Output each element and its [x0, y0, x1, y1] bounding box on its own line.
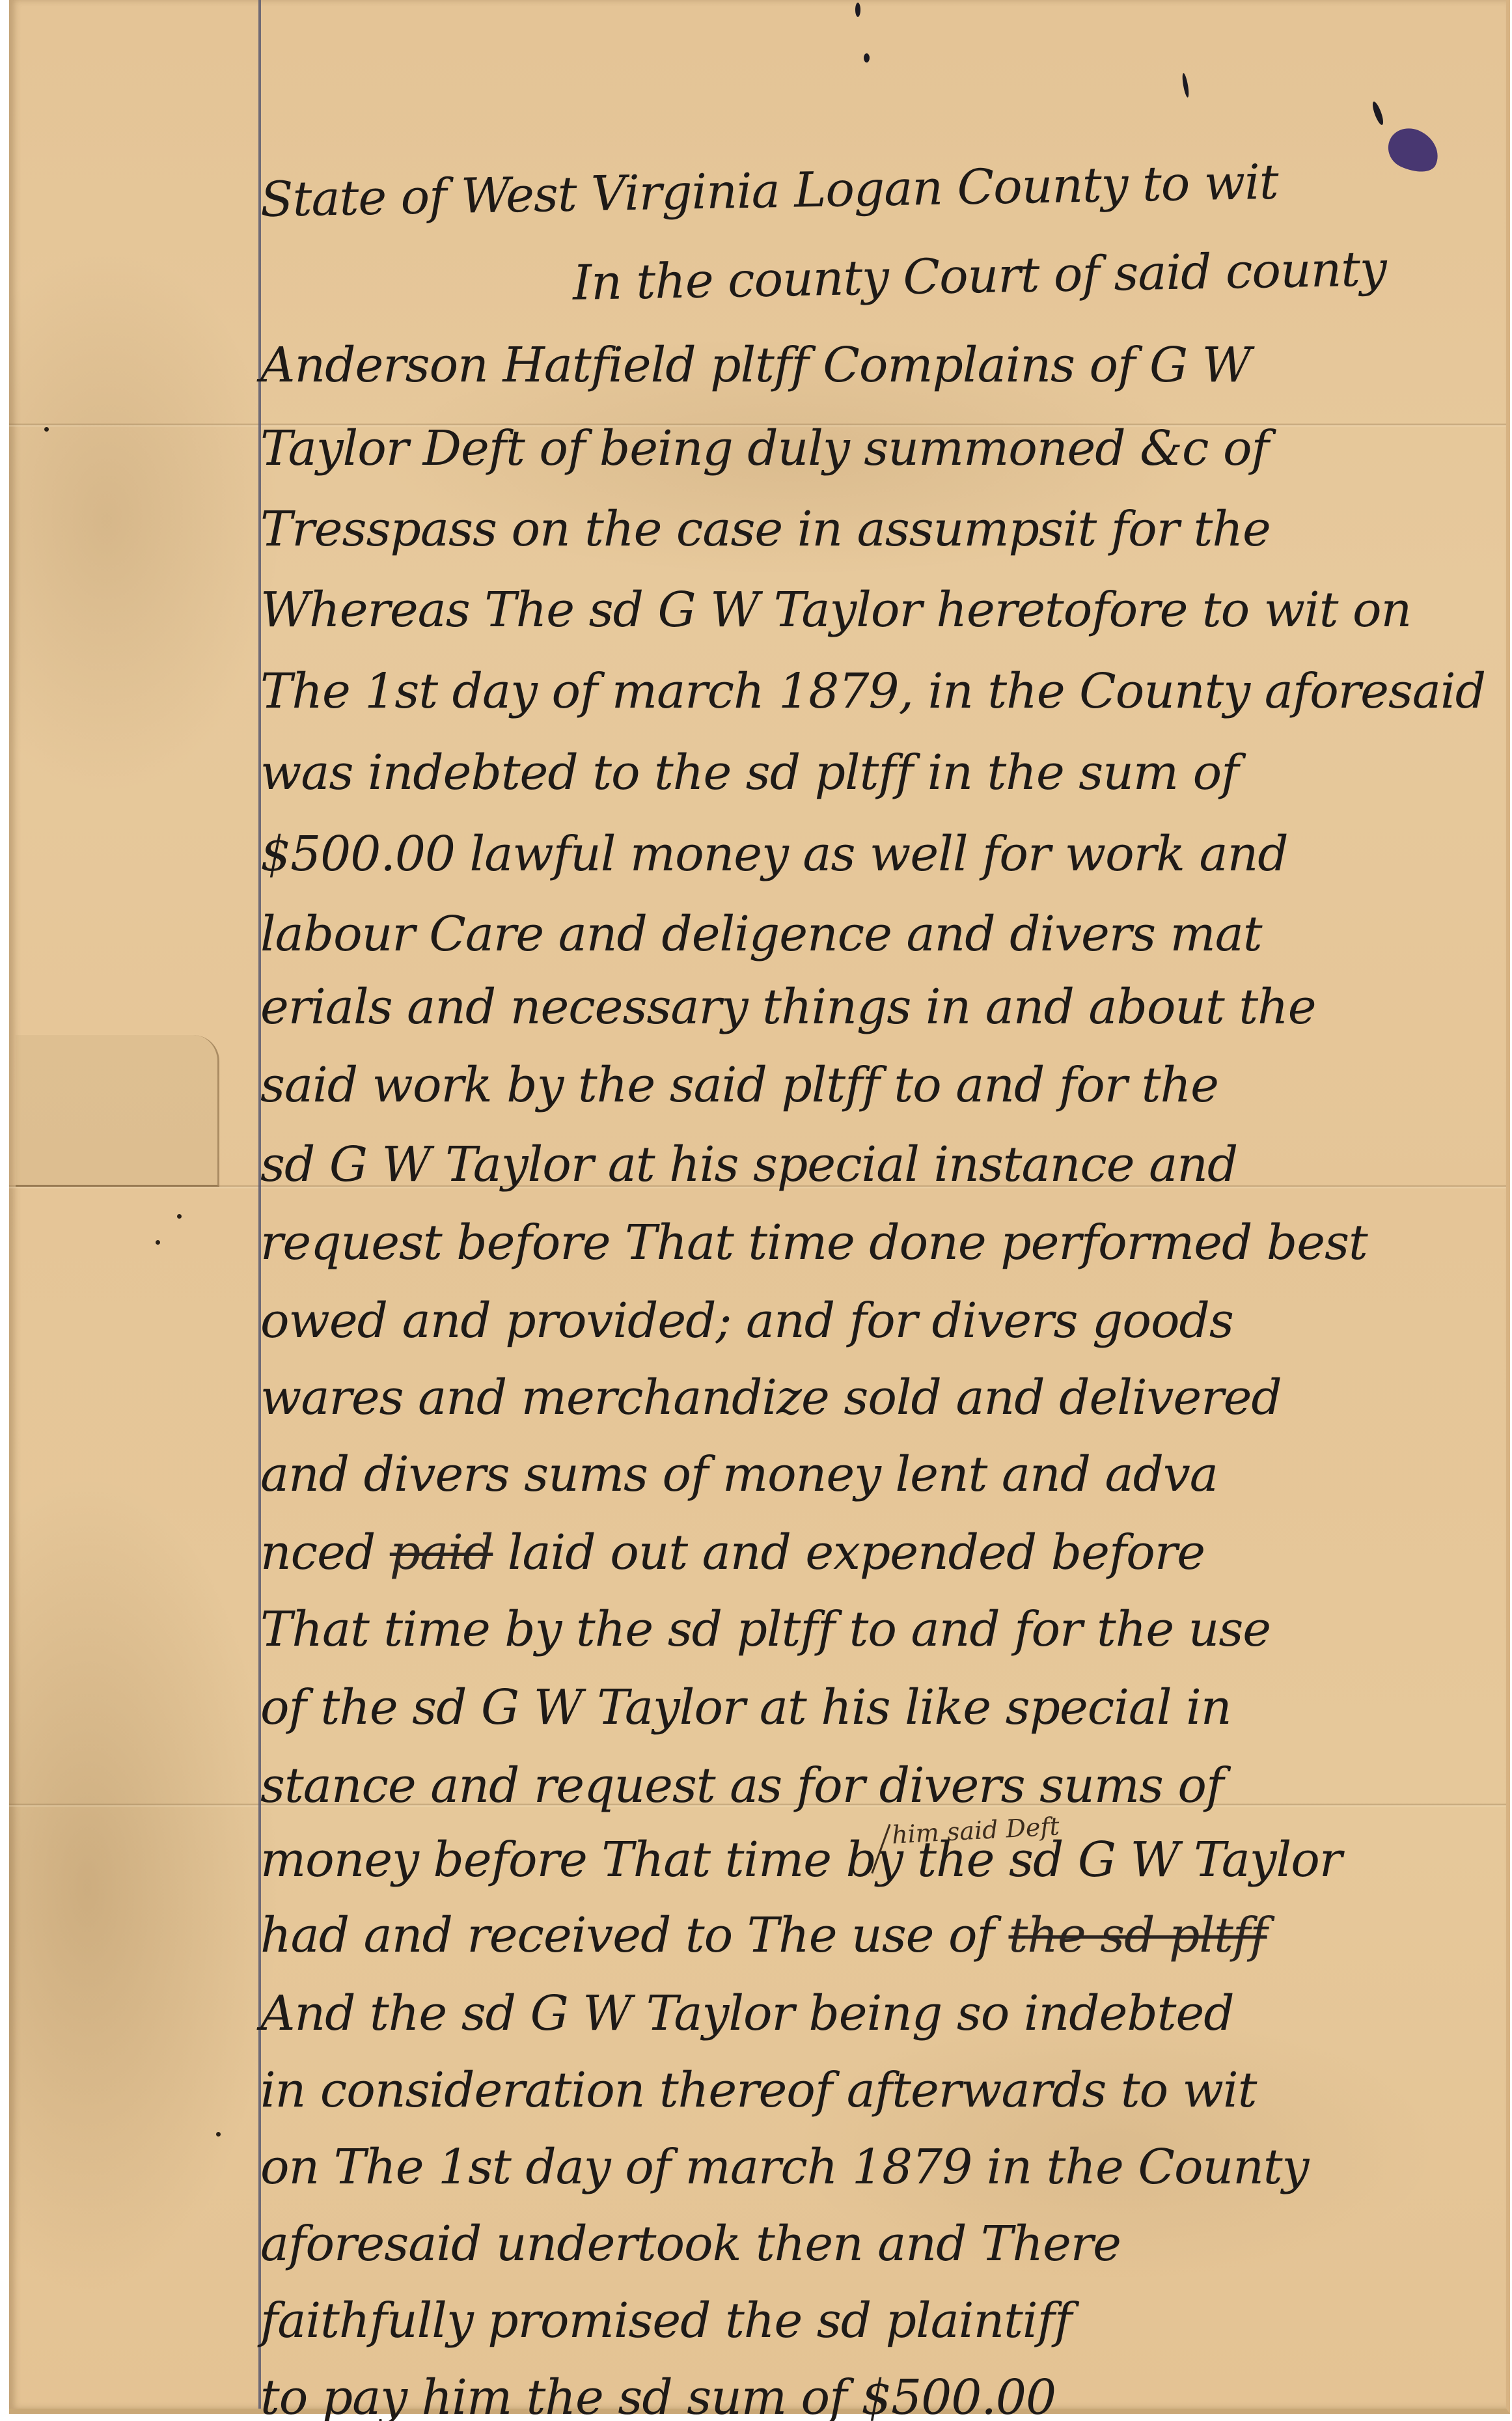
text-segment: nced: [260, 1525, 390, 1581]
court-line: In the county Court of said county: [572, 245, 1386, 307]
text-line: owed and provided; and for divers goods: [260, 1297, 1233, 1345]
text-line: money before That time by the sd G W Tay…: [260, 1836, 1341, 1884]
text-line: wares and merchandize sold and delivered: [260, 1374, 1282, 1422]
text-line: was indebted to the sd pltff in the sum …: [260, 749, 1239, 797]
text-line: said work by the said pltff to and for t…: [260, 1061, 1218, 1109]
text-line: That time by the sd pltff to and for the…: [260, 1605, 1271, 1653]
text-line: And the sd G W Taylor being so indebted: [260, 1989, 1234, 2038]
text-line: labour Care and deligence and divers mat: [260, 910, 1262, 958]
text-line: $500.00 lawful money as well for work an…: [260, 830, 1288, 878]
text-line: request before That time done performed …: [260, 1219, 1368, 1267]
text-segment: laid out and expended before: [493, 1525, 1205, 1581]
ink-spot: [855, 3, 860, 17]
ink-spot: [864, 53, 870, 62]
struck-phrase: the sd pltff: [1008, 1907, 1267, 1963]
ink-speck: [44, 427, 49, 432]
ink-speck: [177, 1214, 182, 1219]
text-line: The 1st day of march 1879, in the County…: [260, 667, 1485, 715]
text-line: sd G W Taylor at his special instance an…: [260, 1141, 1237, 1189]
ink-speck: [216, 2132, 221, 2137]
text-line: to pay him the sd sum of $500.00: [260, 2373, 1056, 2421]
struck-word: paid: [390, 1525, 493, 1581]
text-line: aforesaid undertook then and There: [260, 2220, 1121, 2268]
text-segment: had and received to The use of: [260, 1907, 1008, 1963]
text-line: Anderson Hatfield pltff Complains of G W: [260, 341, 1251, 389]
text-line-with-strike: had and received to The use of the sd pl…: [260, 1911, 1267, 1959]
text-line: Whereas The sd G W Taylor heretofore to …: [260, 586, 1411, 634]
torn-edge: [16, 1035, 219, 1187]
ink-blot: [1382, 121, 1446, 180]
text-line: Taylor Deft of being duly summoned &c of: [260, 424, 1269, 473]
ink-speck: [156, 1240, 160, 1245]
text-line: faithfully promised the sd plaintiff: [260, 2297, 1071, 2345]
ink-spot: [1371, 100, 1385, 126]
text-line: on The 1st day of march 1879 in the Coun…: [260, 2143, 1308, 2191]
text-line: stance and request as for divers sums of: [260, 1762, 1223, 1810]
text-line-with-strike: nced paid laid out and expended before: [260, 1529, 1205, 1577]
text-line: of the sd G W Taylor at his like special…: [260, 1683, 1231, 1732]
ink-spot: [1181, 73, 1190, 98]
text-line: and divers sums of money lent and adva: [260, 1450, 1218, 1499]
text-line: in consideration thereof afterwards to w…: [260, 2066, 1256, 2114]
text-line: erials and necessary things in and about…: [260, 983, 1316, 1031]
text-line: Tresspass on the case in assumpsit for t…: [260, 505, 1271, 553]
